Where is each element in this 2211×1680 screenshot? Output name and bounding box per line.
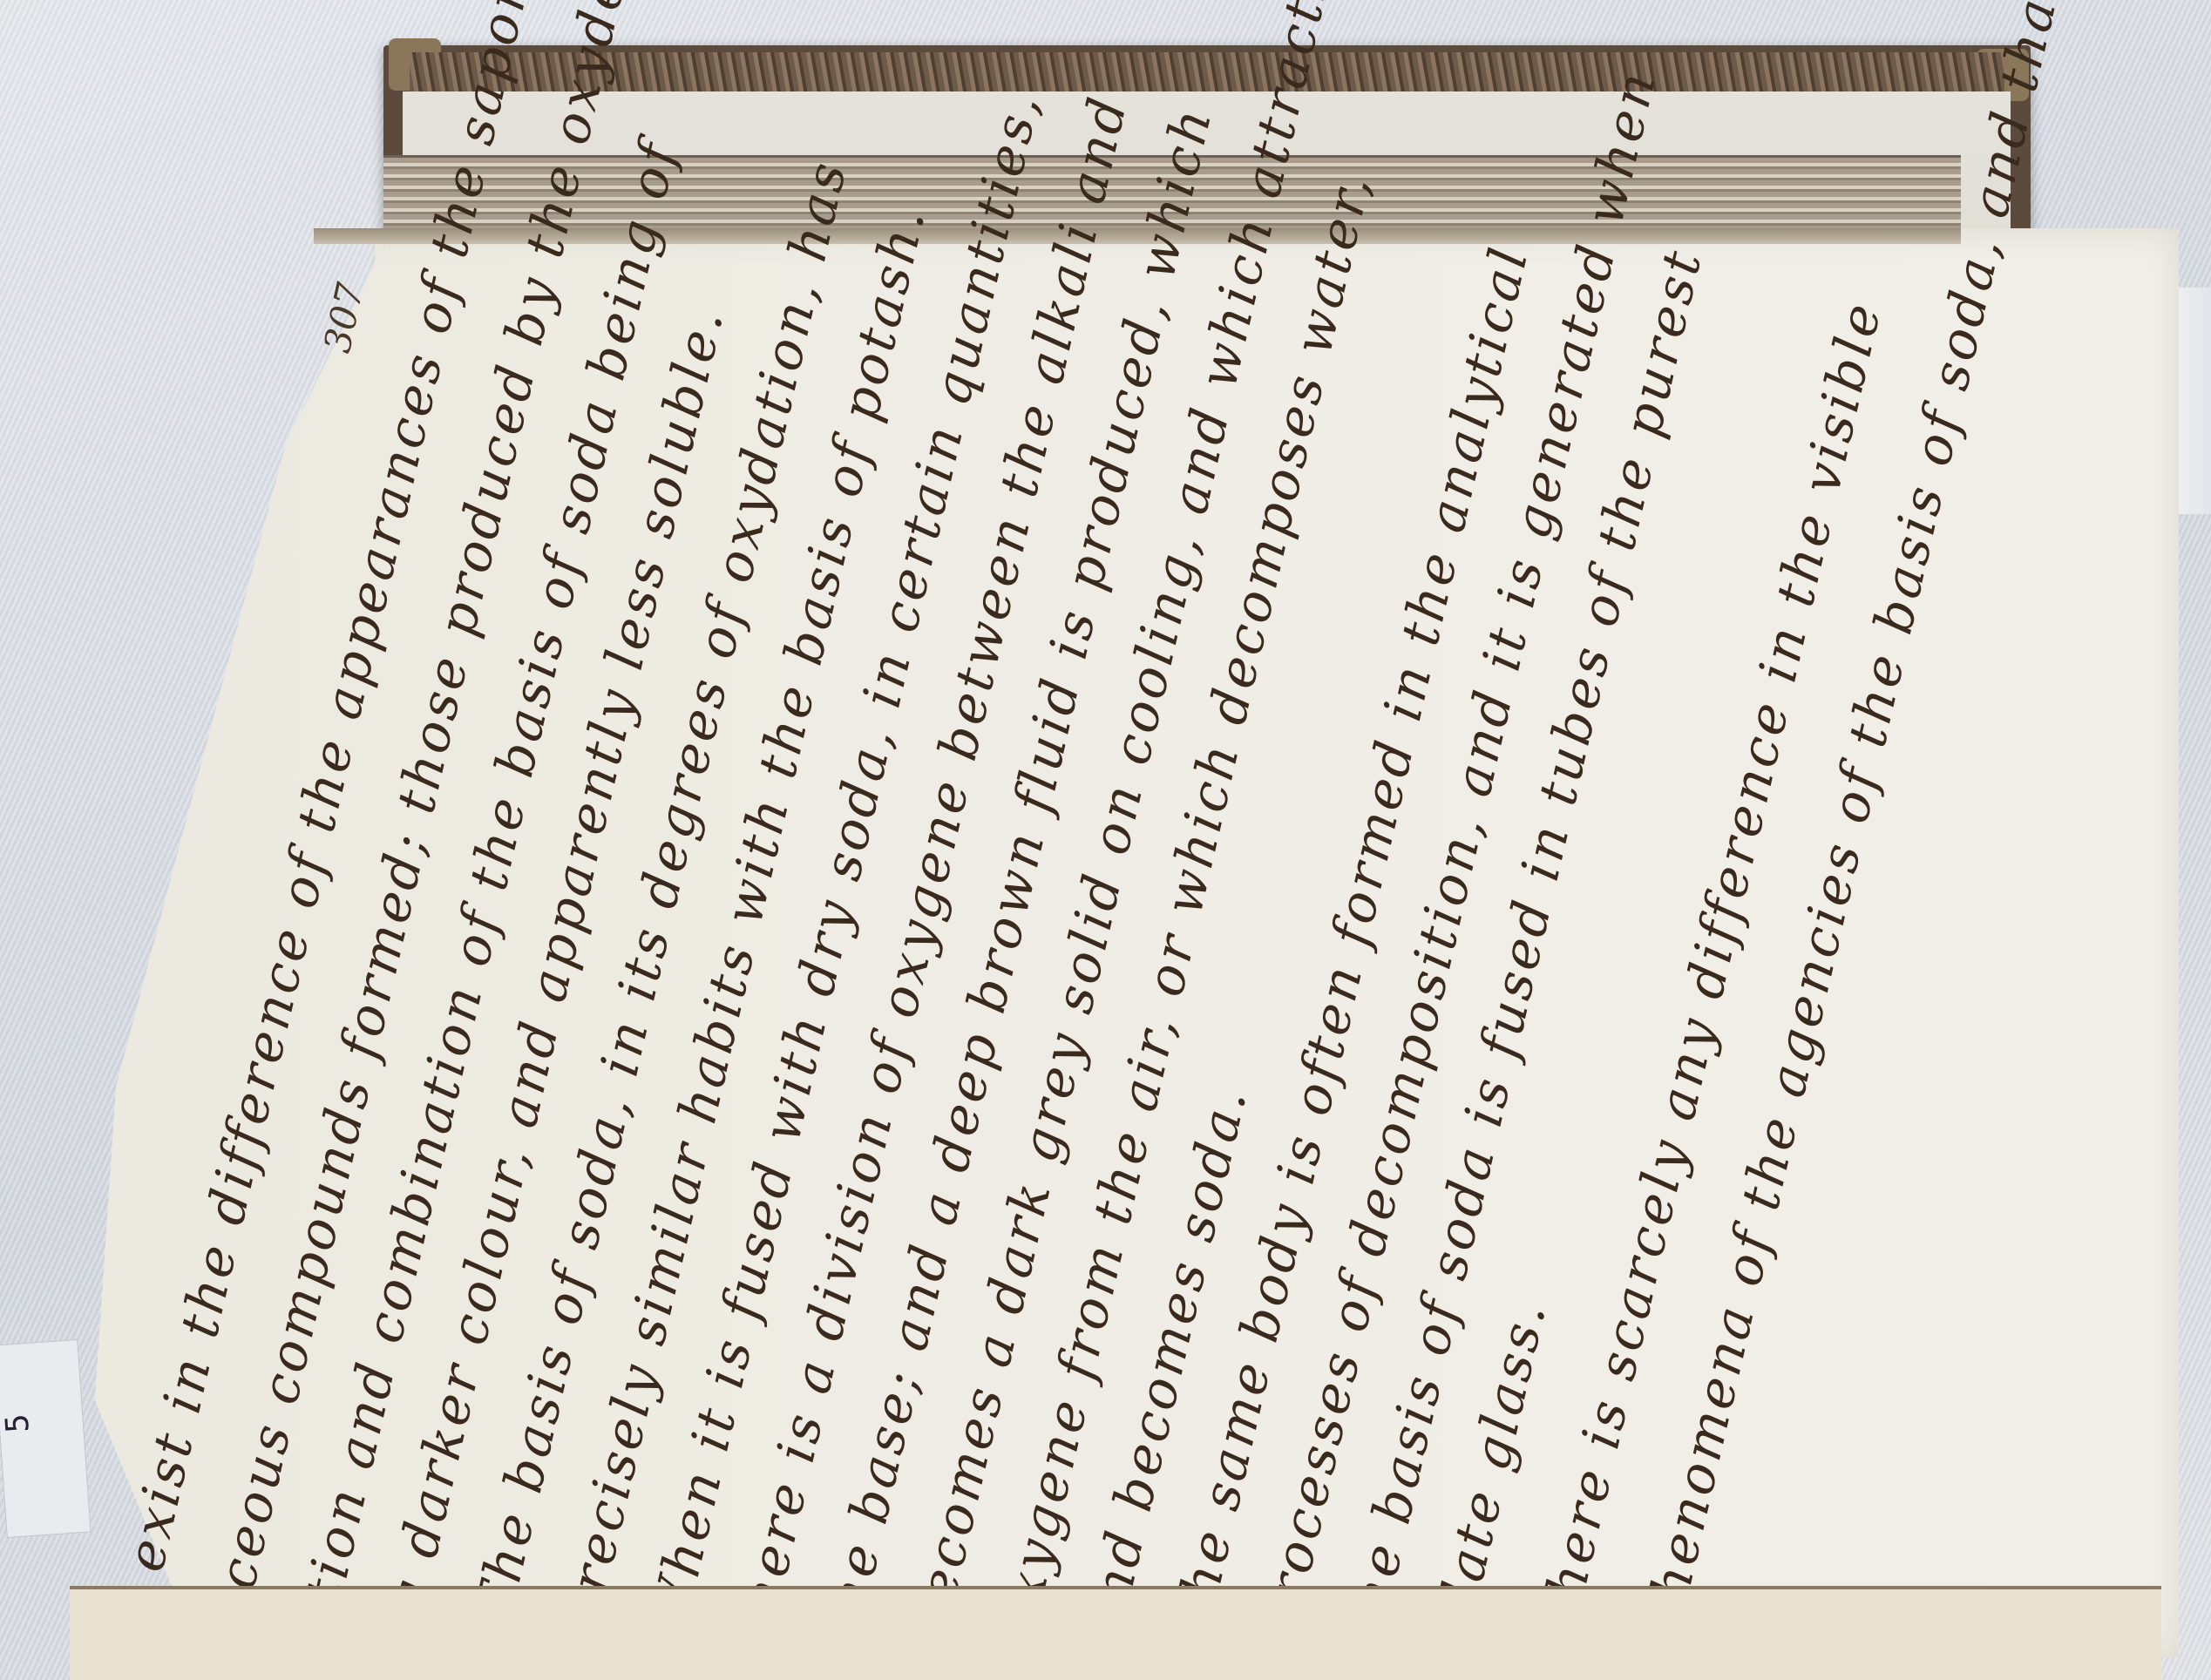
label-tag-text: 5: [0, 1412, 37, 1433]
facing-page-edge: [70, 1586, 2161, 1680]
marbled-spine-strip: [410, 52, 2004, 94]
catalog-label-tag: 5: [0, 1339, 92, 1538]
handwritten-text-block: exist in the difference of the appearanc…: [174, 261, 1830, 1621]
